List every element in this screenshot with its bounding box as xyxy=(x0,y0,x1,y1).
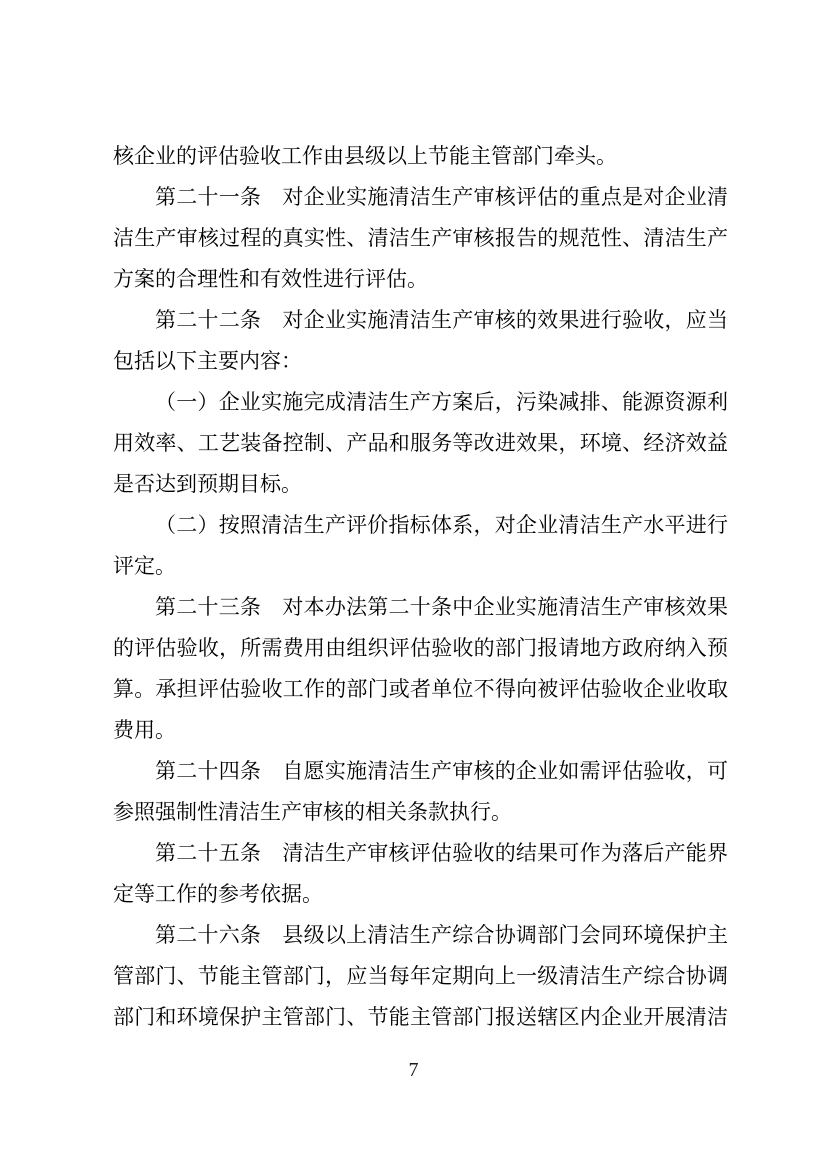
text-line: 包括以下主要内容： xyxy=(113,341,728,382)
text-line: 部门和环境保护主管部门、节能主管部门报送辖区内企业开展清洁 xyxy=(113,997,728,1038)
text-line: 费用。 xyxy=(113,710,728,751)
text-line: 方案的合理性和有效性进行评估。 xyxy=(113,259,728,300)
document-body: 核企业的评估验收工作由县级以上节能主管部门牵头。第二十一条 对企业实施清洁生产审… xyxy=(113,136,728,1038)
text-line: 参照强制性清洁生产审核的相关条款执行。 xyxy=(113,792,728,833)
text-line: 第二十一条 对企业实施清洁生产审核评估的重点是对企业清 xyxy=(113,177,728,218)
text-line: 第二十二条 对企业实施清洁生产审核的效果进行验收，应当 xyxy=(113,300,728,341)
text-line: 第二十五条 清洁生产审核评估验收的结果可作为落后产能界 xyxy=(113,833,728,874)
text-line: 是否达到预期目标。 xyxy=(113,464,728,505)
text-line: 算。承担评估验收工作的部门或者单位不得向被评估验收企业收取 xyxy=(113,669,728,710)
page-number: 7 xyxy=(0,1057,827,1083)
text-line: 定等工作的参考依据。 xyxy=(113,874,728,915)
text-line: （二）按照清洁生产评价指标体系，对企业清洁生产水平进行 xyxy=(113,505,728,546)
text-line: 评定。 xyxy=(113,546,728,587)
text-line: 第二十六条 县级以上清洁生产综合协调部门会同环境保护主 xyxy=(113,915,728,956)
document-page: 核企业的评估验收工作由县级以上节能主管部门牵头。第二十一条 对企业实施清洁生产审… xyxy=(0,0,827,1169)
text-line: 第二十三条 对本办法第二十条中企业实施清洁生产审核效果 xyxy=(113,587,728,628)
text-line: 管部门、节能主管部门，应当每年定期向上一级清洁生产综合协调 xyxy=(113,956,728,997)
text-line: 的评估验收，所需费用由组织评估验收的部门报请地方政府纳入预 xyxy=(113,628,728,669)
text-line: 洁生产审核过程的真实性、清洁生产审核报告的规范性、清洁生产 xyxy=(113,218,728,259)
text-line: 核企业的评估验收工作由县级以上节能主管部门牵头。 xyxy=(113,136,728,177)
text-line: 第二十四条 自愿实施清洁生产审核的企业如需评估验收，可 xyxy=(113,751,728,792)
text-line: （一）企业实施完成清洁生产方案后，污染减排、能源资源利 xyxy=(113,382,728,423)
text-line: 用效率、工艺装备控制、产品和服务等改进效果，环境、经济效益 xyxy=(113,423,728,464)
